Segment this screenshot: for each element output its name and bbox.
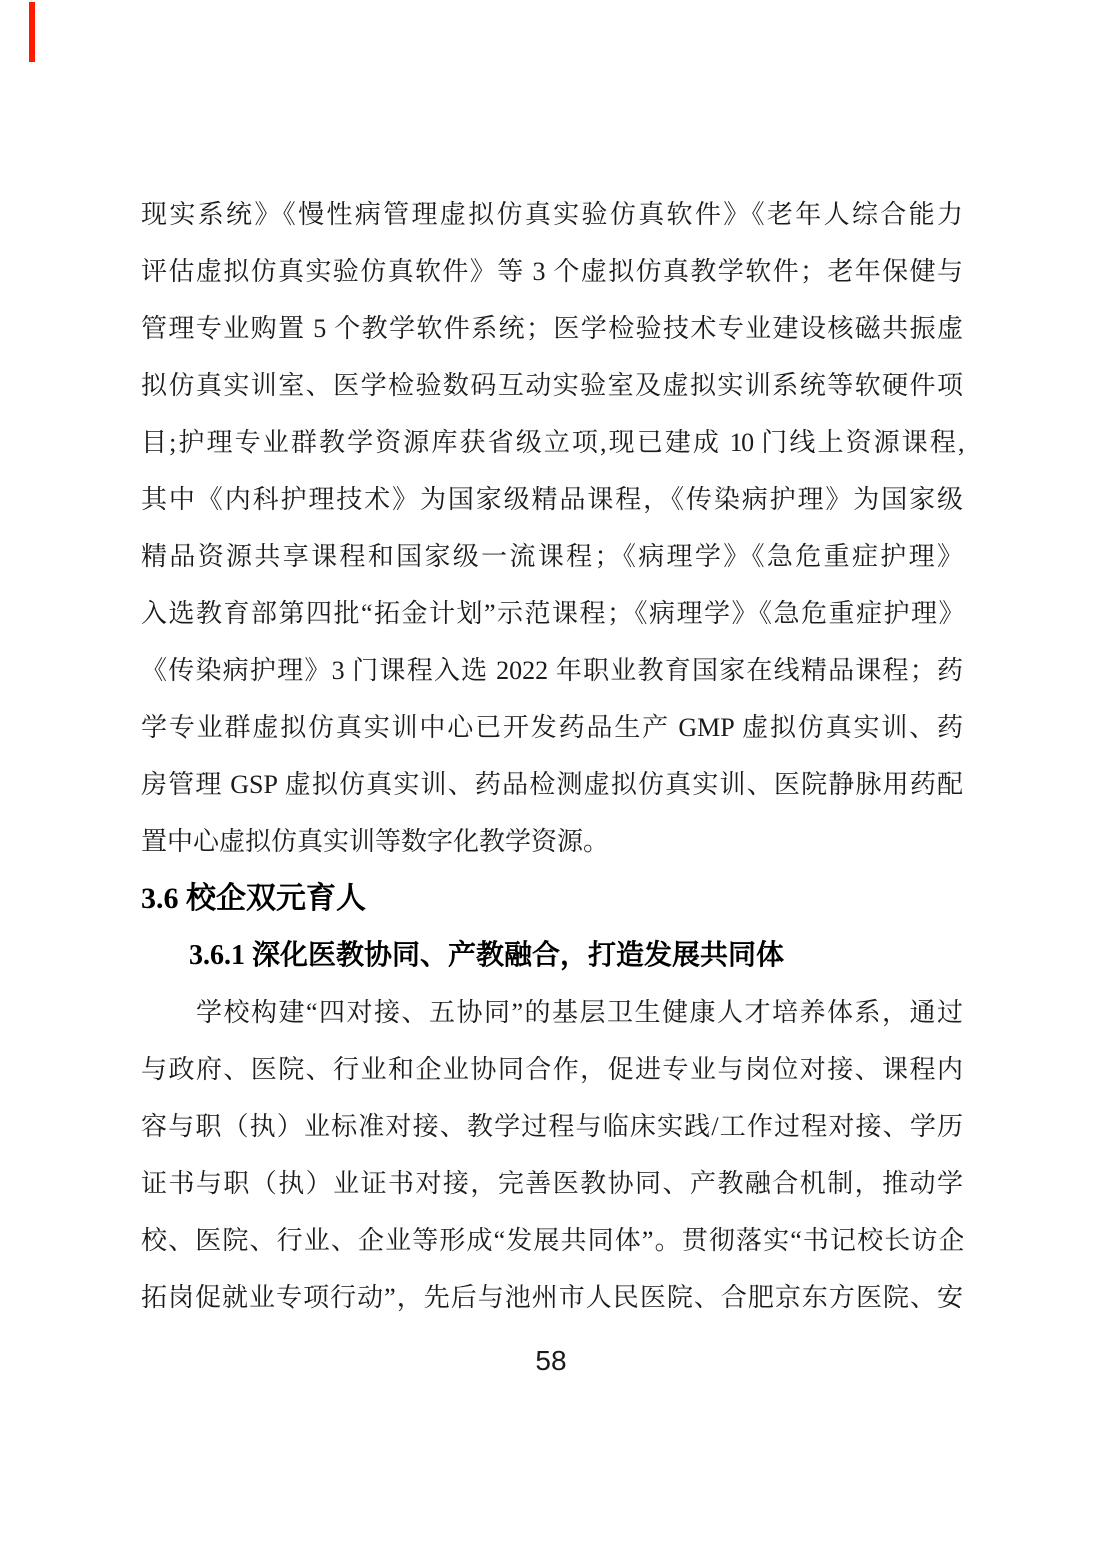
paragraph1-line: 房管理 GSP 虚拟仿真实训、药品检测虚拟仿真实训、医院静脉用药配 bbox=[141, 756, 963, 813]
paragraph1-line: 目;护理专业群教学资源库获省级立项,现已建成 10 门线上资源课程, bbox=[141, 414, 963, 471]
paragraph1-line: 评估虚拟仿真实验仿真软件》等 3 个虚拟仿真教学软件；老年保健与 bbox=[141, 243, 963, 300]
document-page: 现实系统》《慢性病管理虚拟仿真实验仿真软件》《老年人综合能力 评估虚拟仿真实验仿… bbox=[0, 0, 1102, 1559]
paragraph1-line: 管理专业购置 5 个教学软件系统；医学检验技术专业建设核磁共振虚 bbox=[141, 300, 963, 357]
page-number: 58 bbox=[535, 1345, 566, 1376]
red-edit-mark-icon bbox=[29, 2, 35, 62]
paragraph2-line: 拓岗促就业专项行动”，先后与池州市人民医院、合肥京东方医院、安 bbox=[141, 1269, 963, 1326]
paragraph2-line: 学校构建“四对接、五协同”的基层卫生健康人才培养体系，通过 bbox=[141, 984, 963, 1041]
paragraph1-line: 现实系统》《慢性病管理虚拟仿真实验仿真软件》《老年人综合能力 bbox=[141, 186, 963, 243]
paragraph2-line: 容与职（执）业标准对接、教学过程与临床实践/工作过程对接、学历 bbox=[141, 1098, 963, 1155]
paragraph1-line: 拟仿真实训室、医学检验数码互动实验室及虚拟实训系统等软硬件项 bbox=[141, 357, 963, 414]
paragraph2-line: 校、医院、行业、企业等形成“发展共同体”。贯彻落实“书记校长访企 bbox=[141, 1212, 963, 1269]
page-content: 现实系统》《慢性病管理虚拟仿真实验仿真软件》《老年人综合能力 评估虚拟仿真实验仿… bbox=[141, 186, 963, 1326]
paragraph1-line: 学专业群虚拟仿真实训中心已开发药品生产 GMP 虚拟仿真实训、药 bbox=[141, 699, 963, 756]
paragraph1-line: 《传染病护理》3 门课程入选 2022 年职业教育国家在线精品课程；药 bbox=[141, 642, 963, 699]
paragraph2-line: 证书与职（执）业证书对接，完善医教协同、产教融合机制，推动学 bbox=[141, 1155, 963, 1212]
paragraph1-last-line: 置中心虚拟仿真实训等数字化教学资源。 bbox=[141, 813, 963, 870]
paragraph1-line: 入选教育部第四批“拓金计划”示范课程；《病理学》《急危重症护理》 bbox=[141, 585, 963, 642]
section-heading: 3.6 校企双元育人 bbox=[141, 870, 963, 927]
paragraph1-line: 精品资源共享课程和国家级一流课程；《病理学》《急危重症护理》 bbox=[141, 528, 963, 585]
subsection-heading: 3.6.1 深化医教协同、产教融合，打造发展共同体 bbox=[141, 927, 963, 984]
paragraph2-line: 与政府、医院、行业和企业协同合作，促进专业与岗位对接、课程内 bbox=[141, 1041, 963, 1098]
page-footer: 58 bbox=[0, 1332, 1102, 1389]
paragraph1-line: 其中《内科护理技术》为国家级精品课程，《传染病护理》为国家级 bbox=[141, 471, 963, 528]
